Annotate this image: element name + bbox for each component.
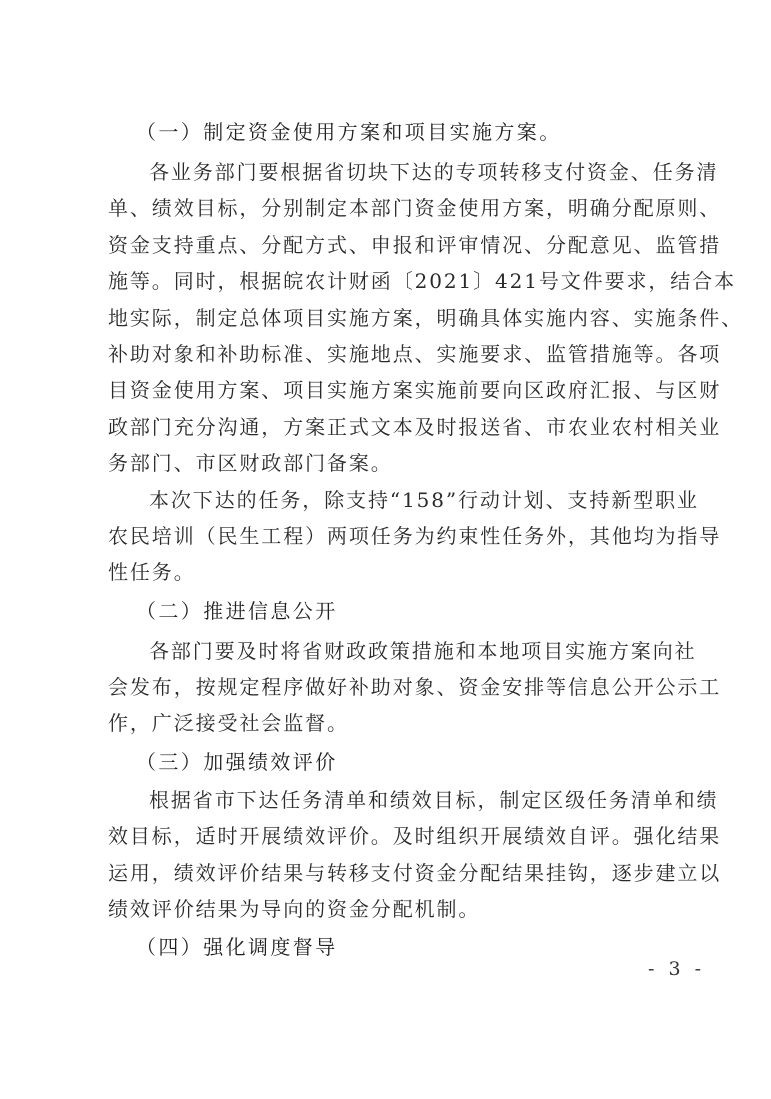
section-2-paragraph-1: 各部门要及时将省财政政策措施和本地项目实施方案向社 会发布，按规定程序做好补助对… xyxy=(108,633,668,742)
text-line: 单、绩效目标，分别制定本部门资金使用方案，明确分配原则、 xyxy=(108,190,668,226)
text-line: 目资金使用方案、项目实施方案实施前要向区政府汇报、与区财 xyxy=(108,372,668,408)
section-heading-2: （二）推进信息公开 xyxy=(108,591,668,631)
text-line: 补助对象和补助标准、实施地点、实施要求、监管措施等。各项 xyxy=(108,336,668,372)
text-line: 性任务。 xyxy=(108,554,668,590)
text-line: 务部门、市区财政部门备案。 xyxy=(108,445,668,481)
section-heading-3: （三）加强绩效评价 xyxy=(108,742,668,782)
text-line: 农民培训（民生工程）两项任务为约束性任务外，其他均为指导 xyxy=(108,518,668,554)
text-line: 资金支持重点、分配方式、申报和评审情况、分配意见、监管措 xyxy=(108,227,668,263)
text-line: 运用，绩效评价结果与转移支付资金分配结果挂钩，逐步建立以 xyxy=(108,855,668,891)
section-heading-1: （一）制定资金使用方案和项目实施方案。 xyxy=(108,112,668,152)
section-1-paragraph-1: 各业务部门要根据省切块下达的专项转移支付资金、任务清 单、绩效目标，分别制定本部… xyxy=(108,154,668,482)
text-line: 本次下达的任务，除支持“158”行动计划、支持新型职业 xyxy=(108,482,668,518)
page-number: - 3 - xyxy=(648,958,705,980)
text-line: 政部门充分沟通，方案正式文本及时报送省、市农业农村相关业 xyxy=(108,409,668,445)
text-line: 绩效评价结果为导向的资金分配机制。 xyxy=(108,891,668,927)
text-line: 效目标，适时开展绩效评价。及时组织开展绩效自评。强化结果 xyxy=(108,818,668,854)
text-line: 各业务部门要根据省切块下达的专项转移支付资金、任务清 xyxy=(108,154,668,190)
text-line: 会发布，按规定程序做好补助对象、资金安排等信息公开公示工 xyxy=(108,669,668,705)
text-line: 施等。同时，根据皖农计财函〔2021〕421号文件要求，结合本 xyxy=(108,263,668,299)
section-1-paragraph-2: 本次下达的任务，除支持“158”行动计划、支持新型职业 农民培训（民生工程）两项… xyxy=(108,482,668,591)
section-3-paragraph-1: 根据省市下达任务清单和绩效目标，制定区级任务清单和绩 效目标，适时开展绩效评价。… xyxy=(108,782,668,928)
document-page: （一）制定资金使用方案和项目实施方案。 各业务部门要根据省切块下达的专项转移支付… xyxy=(108,112,668,967)
text-line: 作，广泛接受社会监督。 xyxy=(108,705,668,741)
text-line: 地实际，制定总体项目实施方案，明确具体实施内容、实施条件、 xyxy=(108,300,668,336)
text-line: 根据省市下达任务清单和绩效目标，制定区级任务清单和绩 xyxy=(108,782,668,818)
section-heading-4: （四）强化调度督导 xyxy=(108,927,668,967)
text-line: 各部门要及时将省财政政策措施和本地项目实施方案向社 xyxy=(108,633,668,669)
